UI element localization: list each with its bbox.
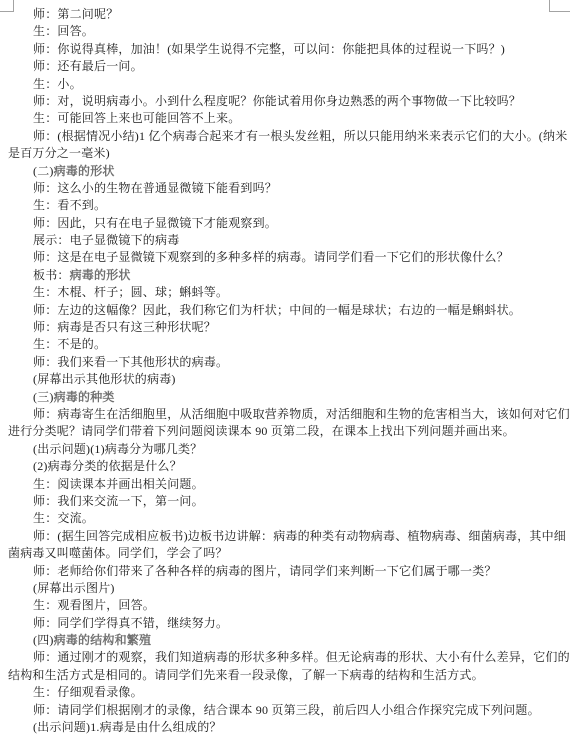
text-line: 师：我们来看一下其他形状的病毒。 — [8, 354, 570, 371]
text-segment: 师：请同学们根据刚才的录像，结合课本 90 页第三段，前后四人小组合作探究完成下… — [33, 703, 540, 717]
heading-text-segment: 病毒的形状 — [54, 164, 115, 178]
text-segment: 板书： — [33, 268, 70, 282]
text-line: 师：这么小的生物在普通显微镜下能看到吗？ — [8, 180, 570, 197]
text-segment: 结构和生活方式是相同的。请同学们先来看一段录像，了解一下病毒的结构和生活方式。 — [8, 668, 484, 682]
text-segment: 师：还有最后一问。 — [33, 59, 143, 73]
text-segment: 师：这是在电子显微镜下观察到的多种多样的病毒。请同学们看一下它们的形状像什么？ — [33, 250, 509, 264]
text-line: (四)病毒的结构和繁殖 — [8, 632, 570, 649]
text-segment: (四) — [33, 633, 54, 647]
text-line: 展示：电子显微镜下的病毒 — [8, 232, 570, 249]
text-line: 师：病毒是否只有这三种形状呢？ — [8, 319, 570, 336]
text-line: 师：病毒寄生在活细胞里，从活细胞中吸取营养物质，对活细胞和生物的危害相当大，该如… — [8, 406, 570, 423]
text-line: 师：你说得真棒，加油！(如果学生说得不完整，可以问：你能把具体的过程说一下吗？) — [8, 41, 570, 58]
text-segment: 菌病毒又叫噬菌体。同学们，学会了吗？ — [8, 546, 228, 560]
text-line: 师：老师给你们带来了各种各样的病毒的图片，请同学们来判断一下它们属于哪一类？ — [8, 563, 570, 580]
document-page: 师：第二问呢？生：回答。师：你说得真棒，加油！(如果学生说得不完整，可以问：你能… — [0, 0, 570, 748]
text-line: 师：对，说明病毒小。小到什么程度呢？你能试着用你身边熟悉的两个事物做一下比较吗？ — [8, 93, 570, 110]
text-segment: 生：观看图片，回答。 — [33, 598, 155, 612]
text-segment: 师：(据生回答完成相应板书)边板书边讲解：病毒的种类有动物病毒、植物病毒、细菌病… — [33, 529, 566, 543]
text-segment: 生：阅读课本并画出相关问题。 — [33, 477, 204, 491]
text-line: 生：小。 — [8, 76, 570, 93]
text-segment: 生：看不到。 — [33, 198, 106, 212]
text-segment: (2)病毒分类的依据是什么？ — [33, 459, 182, 473]
text-line: 师：通过刚才的观察，我们知道病毒的形状多种多样。但无论病毒的形状、大小有什么差异… — [8, 649, 570, 666]
text-line: 生：不是的。 — [8, 336, 570, 353]
text-segment: 师：(根据情况小结)1 亿个病毒合起来才有一根头发丝粗，所以只能用纳米来表示它们… — [33, 129, 567, 143]
text-line: 师：左边的这幅像？因此，我们称它们为杆状；中间的一幅是球状；右边的一幅是蝌蚪状。 — [8, 302, 570, 319]
text-line: 生：交流。 — [8, 510, 570, 527]
text-line: 师：(根据情况小结)1 亿个病毒合起来才有一根头发丝粗，所以只能用纳米来表示它们… — [8, 128, 570, 145]
text-segment: (出示问题)1.病毒是由什么组成的？ — [33, 720, 222, 734]
text-line: 结构和生活方式是相同的。请同学们先来看一段录像，了解一下病毒的结构和生活方式。 — [8, 667, 570, 684]
text-line: (二)病毒的形状 — [8, 163, 570, 180]
text-line: 菌病毒又叫噬菌体。同学们，学会了吗？ — [8, 545, 570, 562]
text-line: (出示问题)(1)病毒分为哪几类？ — [8, 441, 570, 458]
text-line: 师：同学们学得真不错，继续努力。 — [8, 615, 570, 632]
text-segment: 展示：电子显微镜下的病毒 — [33, 233, 179, 247]
text-line: 板书：病毒的形状 — [8, 267, 570, 284]
text-line: (出示问题)1.病毒是由什么组成的？ — [8, 719, 570, 736]
text-segment: 师：同学们学得真不错，继续努力。 — [33, 616, 228, 630]
heading-text-segment: 病毒的种类 — [54, 390, 115, 404]
text-segment: 进行分类呢？请同学们带着下列问题阅读课本 90 页第二段，在课本上找出下列问题并… — [8, 424, 515, 438]
text-segment: 师：病毒是否只有这三种形状呢？ — [33, 320, 216, 334]
text-line: (屏幕出示图片) — [8, 580, 570, 597]
text-segment: 师：左边的这幅像？因此，我们称它们为杆状；中间的一幅是球状；右边的一幅是蝌蚪状。 — [33, 303, 521, 317]
text-line: 是百万分之一毫米) — [8, 145, 570, 162]
text-line: (屏幕出示其他形状的病毒) — [8, 371, 570, 388]
text-line: (2)病毒分类的依据是什么？ — [8, 458, 570, 475]
text-line: 师：(据生回答完成相应板书)边板书边讲解：病毒的种类有动物病毒、植物病毒、细菌病… — [8, 528, 570, 545]
text-segment: 是百万分之一毫米) — [8, 146, 110, 160]
text-line: 生：阅读课本并画出相关问题。 — [8, 476, 570, 493]
heading-text-segment: 病毒的形状 — [70, 268, 131, 282]
text-segment: 师：第二问呢？ — [33, 7, 118, 21]
text-segment: 师：对，说明病毒小。小到什么程度呢？你能试着用你身边熟悉的两个事物做一下比较吗？ — [33, 94, 521, 108]
text-segment: 生：木棍、杆子；圆、球；蝌蚪等。 — [33, 285, 228, 299]
text-line: 生：看不到。 — [8, 197, 570, 214]
heading-text-segment: 病毒的结构和繁殖 — [54, 633, 152, 647]
text-segment: 师：通过刚才的观察，我们知道病毒的形状多种多样。但无论病毒的形状、大小有什么差异… — [33, 650, 570, 664]
text-segment: (屏幕出示其他形状的病毒) — [33, 372, 176, 386]
text-line: 师：因此，只有在电子显微镜下才能观察到。 — [8, 215, 570, 232]
text-line: 师：第二问呢？ — [8, 6, 570, 23]
document-text: 师：第二问呢？生：回答。师：你说得真棒，加油！(如果学生说得不完整，可以问：你能… — [8, 6, 570, 736]
text-segment: 师：老师给你们带来了各种各样的病毒的图片，请同学们来判断一下它们属于哪一类？ — [33, 564, 497, 578]
text-segment: (屏幕出示图片) — [33, 581, 115, 595]
text-line: 生：木棍、杆子；圆、球；蝌蚪等。 — [8, 284, 570, 301]
text-line: 师：请同学们根据刚才的录像，结合课本 90 页第三段，前后四人小组合作探究完成下… — [8, 702, 570, 719]
text-segment: 生：回答。 — [33, 24, 94, 38]
text-segment: 生：小。 — [33, 77, 82, 91]
text-segment: 生：交流。 — [33, 511, 94, 525]
text-line: 师：还有最后一问。 — [8, 58, 570, 75]
text-segment: 师：你说得真棒，加油！(如果学生说得不完整，可以问：你能把具体的过程说一下吗？) — [33, 42, 505, 56]
text-line: 师：这是在电子显微镜下观察到的多种多样的病毒。请同学们看一下它们的形状像什么？ — [8, 249, 570, 266]
text-line: 师：我们来交流一下，第一问。 — [8, 493, 570, 510]
text-line: (三)病毒的种类 — [8, 389, 570, 406]
text-line: 生：仔细观看录像。 — [8, 684, 570, 701]
text-segment: 师：我们来交流一下，第一问。 — [33, 494, 204, 508]
text-segment: 师：这么小的生物在普通显微镜下能看到吗？ — [33, 181, 277, 195]
text-segment: (三) — [33, 390, 54, 404]
text-segment: 生：不是的。 — [33, 337, 106, 351]
text-segment: 师：因此，只有在电子显微镜下才能观察到。 — [33, 216, 277, 230]
text-segment: (二) — [33, 164, 54, 178]
text-segment: 师：我们来看一下其他形状的病毒。 — [33, 355, 228, 369]
text-segment: 生：可能回答上来也可能回答不上来。 — [33, 111, 240, 125]
text-line: 生：观看图片，回答。 — [8, 597, 570, 614]
text-line: 进行分类呢？请同学们带着下列问题阅读课本 90 页第二段，在课本上找出下列问题并… — [8, 423, 570, 440]
text-segment: (出示问题)(1)病毒分为哪几类？ — [33, 442, 202, 456]
text-segment: 生：仔细观看录像。 — [33, 685, 143, 699]
text-segment: 师：病毒寄生在活细胞里，从活细胞中吸取营养物质，对活细胞和生物的危害相当大，该如… — [33, 407, 570, 421]
text-line: 生：可能回答上来也可能回答不上来。 — [8, 110, 570, 127]
text-line: 生：回答。 — [8, 23, 570, 40]
